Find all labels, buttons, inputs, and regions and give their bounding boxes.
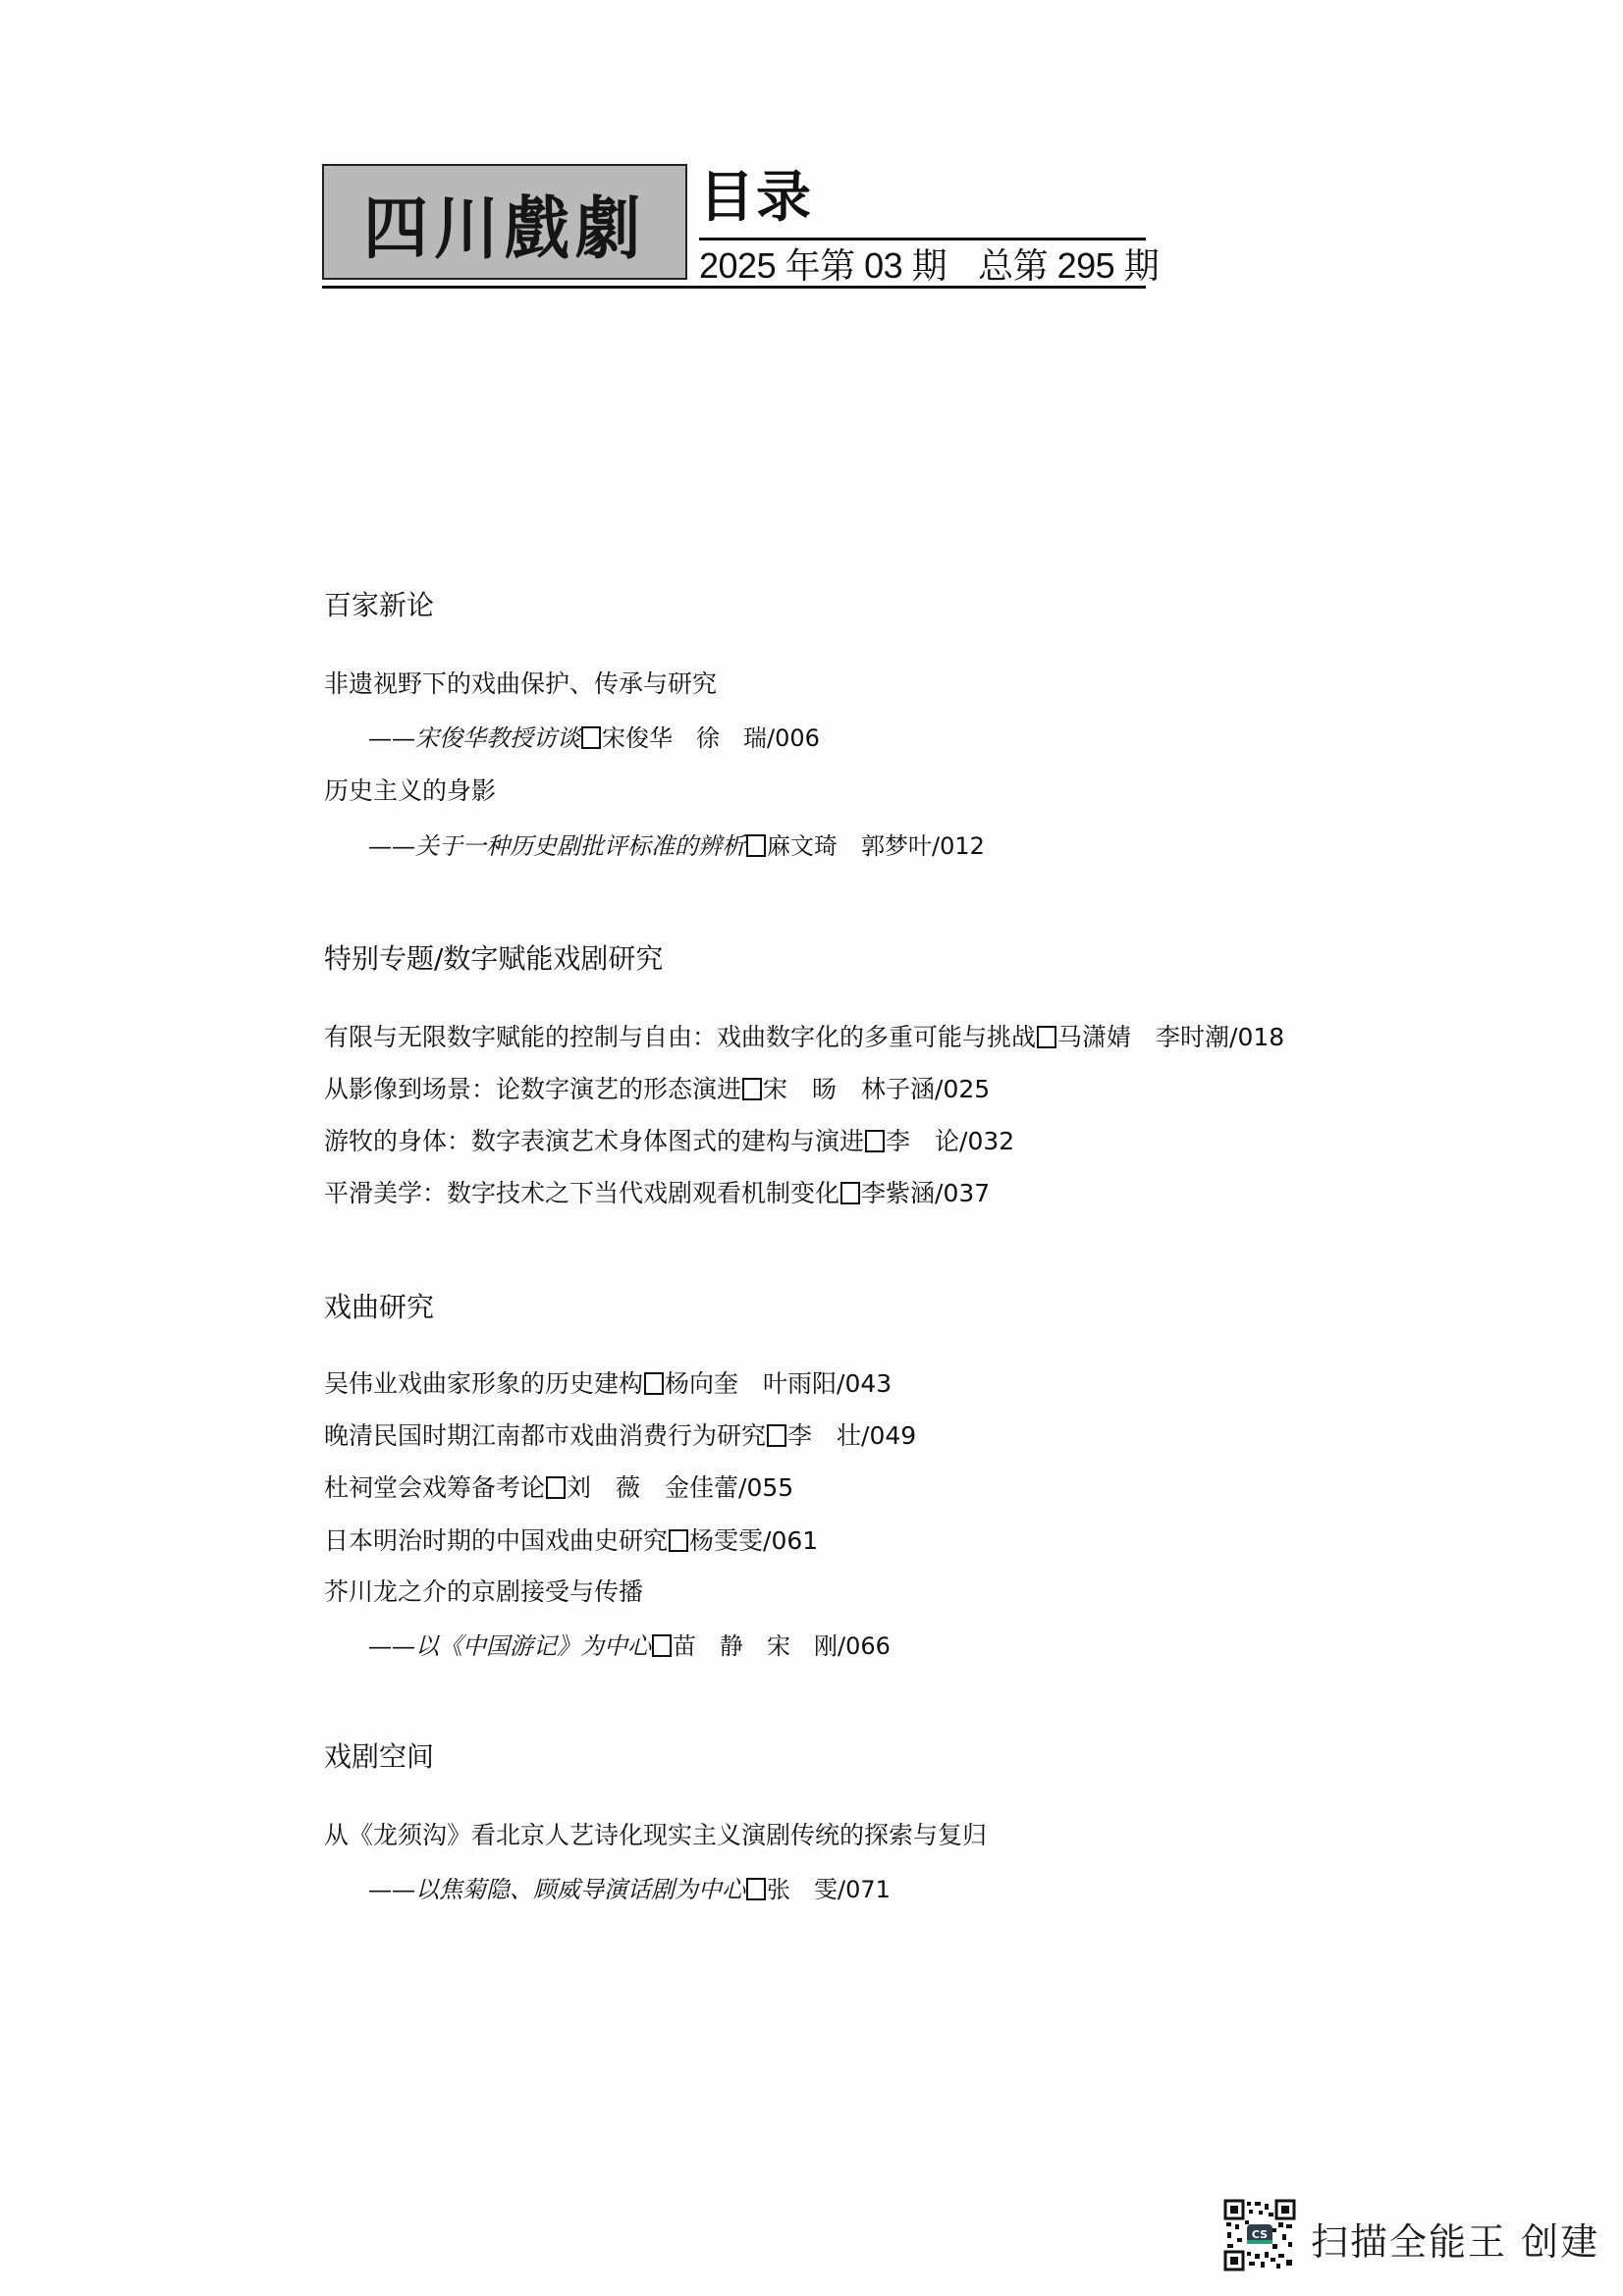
issue-year: 2025 年第 03 期: [699, 245, 947, 286]
toc-entry-title: 杜祠堂会戏筹备考论: [324, 1473, 545, 1502]
toc-entry[interactable]: 从影像到场景：论数字演艺的形态演进宋 旸 林子涵/025: [324, 1074, 990, 1105]
separator-box-icon: [669, 1529, 688, 1552]
toc-entry-page: /006: [767, 724, 820, 752]
toc-entry-authors: 张 雯: [767, 1876, 838, 1903]
toc-entry[interactable]: 吴伟业戏曲家形象的历史建构杨向奎 叶雨阳/043: [324, 1368, 892, 1400]
section-heading: 戏曲研究: [324, 1291, 434, 1324]
separator-box-icon: [865, 1130, 885, 1152]
toc-entry-page: /071: [838, 1876, 891, 1903]
section-heading: 特别专题/数字赋能戏剧研究: [324, 942, 663, 976]
toc-entry-page: /032: [959, 1127, 1014, 1155]
toc-entry-title: 从影像到场景：论数字演艺的形态演进: [324, 1075, 741, 1103]
toc-entry-authors: 苗 静 宋 刚: [673, 1632, 838, 1660]
toc-entry-page: /037: [935, 1179, 990, 1207]
toc-entry-page: /018: [1229, 1023, 1284, 1051]
separator-box-icon: [742, 1078, 762, 1100]
toc-entry-page: /049: [861, 1421, 916, 1450]
toc-entry-authors: 李 壮: [787, 1421, 861, 1450]
title-divider: [699, 238, 1146, 240]
toc-entry-title: 有限与无限数字赋能的控制与自由：戏曲数字化的多重可能与挑战: [324, 1023, 1036, 1051]
toc-entry-title[interactable]: 历史主义的身影: [324, 775, 496, 807]
toc-entry-subtitle: ——以《中国游记》为中心: [368, 1632, 651, 1660]
toc-entry-subtitle: ——宋俊华教授访谈: [368, 724, 580, 752]
toc-entry-title: 游牧的身体：数字表演艺术身体图式的建构与演进: [324, 1127, 864, 1155]
toc-entry-title: 平滑美学：数字技术之下当代戏剧观看机制变化: [324, 1179, 839, 1207]
toc-entry-title[interactable]: 芥川龙之介的京剧接受与传播: [324, 1576, 643, 1608]
toc-entry-subtitle: ——以焦菊隐、顾威导演话剧为中心: [368, 1876, 745, 1903]
toc-entry[interactable]: 游牧的身体：数字表演艺术身体图式的建构与演进李 论/032: [324, 1126, 1014, 1157]
toc-entry-page: /043: [837, 1369, 892, 1398]
toc-entry-authors: 杨向奎 叶雨阳: [665, 1369, 837, 1398]
toc-entry-page: /061: [763, 1526, 818, 1555]
journal-logo-text: 四川戲劇: [363, 173, 646, 271]
toc-entry[interactable]: 有限与无限数字赋能的控制与自由：戏曲数字化的多重可能与挑战马潇婧 李时潮/018: [324, 1022, 1284, 1053]
toc-entry-title: 晚清民国时期江南都市戏曲消费行为研究: [324, 1421, 766, 1450]
toc-entry-authors: 马潇婧 李时潮: [1057, 1023, 1229, 1051]
section-heading: 百家新论: [324, 589, 434, 622]
issue-total: 总第 295 期: [978, 245, 1159, 286]
qr-code-icon: CS: [1223, 2199, 1296, 2271]
toc-entry-authors: 李 论: [886, 1127, 959, 1155]
toc-entry-authors: 宋俊华 徐 瑞: [602, 724, 767, 752]
toc-entry-authors: 李紫涵: [861, 1179, 935, 1207]
separator-box-icon: [652, 1634, 672, 1657]
toc-entry[interactable]: 日本明治时期的中国戏曲史研究杨雯雯/061: [324, 1525, 818, 1557]
separator-box-icon: [746, 1878, 766, 1900]
toc-entry-subtitle-line[interactable]: ——以《中国游记》为中心苗 静 宋 刚/066: [368, 1630, 891, 1662]
toc-title: 目录: [699, 167, 813, 230]
separator-box-icon: [746, 834, 766, 857]
watermark-text: 扫描全能王 创建: [1311, 2220, 1599, 2264]
separator-box-icon: [546, 1476, 566, 1499]
toc-entry-page: /025: [935, 1075, 990, 1103]
separator-box-icon: [1037, 1026, 1056, 1048]
separator-box-icon: [840, 1182, 860, 1204]
qr-badge-text: CS: [1252, 2228, 1268, 2241]
toc-entry-subtitle-line[interactable]: ——宋俊华教授访谈宋俊华 徐 瑞/006: [368, 722, 820, 754]
toc-entry-authors: 刘 薇 金佳蕾: [567, 1473, 738, 1502]
toc-entry-title: 吴伟业戏曲家形象的历史建构: [324, 1369, 643, 1398]
separator-box-icon: [767, 1424, 786, 1447]
journal-logo: 四川戲劇: [322, 164, 687, 280]
toc-entry[interactable]: 杜祠堂会戏筹备考论刘 薇 金佳蕾/055: [324, 1472, 793, 1504]
toc-entry-subtitle: ——关于一种历史剧批评标准的辨析: [368, 832, 745, 860]
toc-entry-title[interactable]: 从《龙须沟》看北京人艺诗化现实主义演剧传统的探索与复归: [324, 1820, 987, 1851]
toc-entry-authors: 杨雯雯: [689, 1526, 763, 1555]
toc-entry-page: /055: [738, 1473, 793, 1502]
separator-box-icon: [581, 726, 601, 749]
toc-entry-page: /012: [932, 832, 985, 860]
toc-entry-title: 日本明治时期的中国戏曲史研究: [324, 1526, 668, 1555]
toc-entry-title[interactable]: 非遗视野下的戏曲保护、传承与研究: [324, 668, 717, 700]
issue-info: 2025 年第 03 期总第 295 期: [699, 245, 1159, 287]
toc-entry[interactable]: 晚清民国时期江南都市戏曲消费行为研究李 壮/049: [324, 1420, 916, 1452]
toc-entry-authors: 麻文琦 郭梦叶: [767, 832, 932, 860]
header-bottom-rule: [322, 286, 1146, 289]
section-heading: 戏剧空间: [324, 1740, 434, 1774]
toc-entry-subtitle-line[interactable]: ——以焦菊隐、顾威导演话剧为中心张 雯/071: [368, 1874, 891, 1905]
toc-entry-page: /066: [838, 1632, 891, 1660]
separator-box-icon: [644, 1372, 664, 1395]
toc-entry-subtitle-line[interactable]: ——关于一种历史剧批评标准的辨析麻文琦 郭梦叶/012: [368, 830, 985, 862]
toc-entry-authors: 宋 旸 林子涵: [763, 1075, 935, 1103]
toc-entry[interactable]: 平滑美学：数字技术之下当代戏剧观看机制变化李紫涵/037: [324, 1178, 990, 1209]
